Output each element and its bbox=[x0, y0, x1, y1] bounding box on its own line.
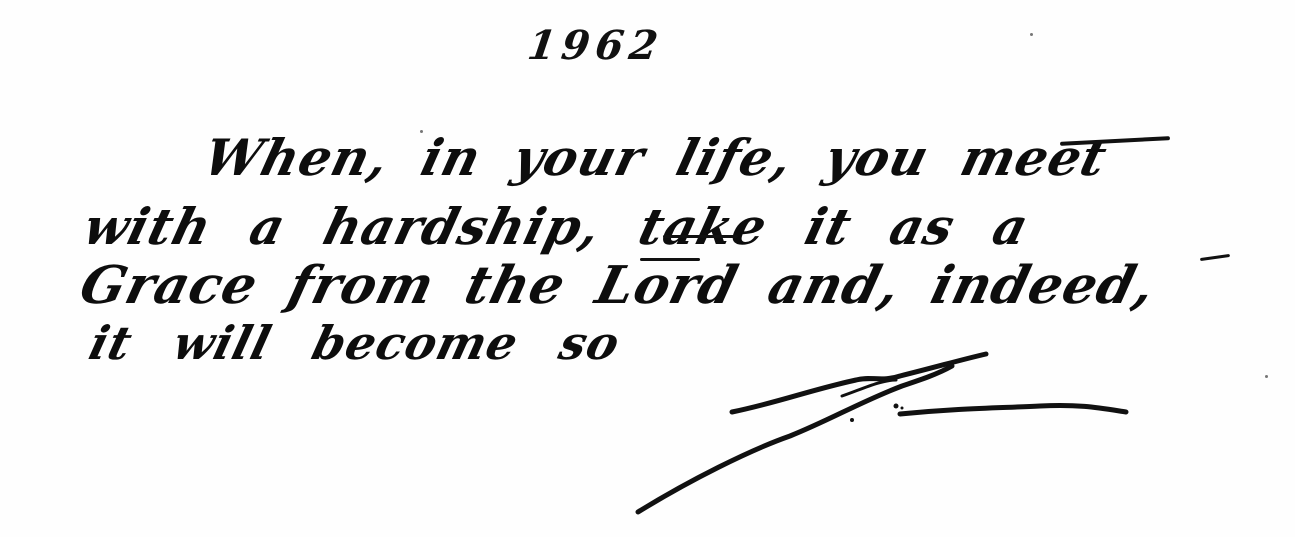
note-line-1: When, in your life, you meet bbox=[198, 128, 1113, 187]
paper-speck bbox=[420, 130, 423, 133]
note-line-3: Grace from the Lord and, indeed, bbox=[74, 255, 1162, 316]
note-line-2: with a hardship, take it as a bbox=[78, 197, 1035, 256]
note-line-4: it will become so bbox=[84, 316, 626, 370]
handwritten-note-page: 1962 When, in your life, you meet with a… bbox=[0, 0, 1295, 537]
take-underline-stroke bbox=[663, 235, 738, 238]
indeed-crossbar-stroke bbox=[1200, 254, 1230, 261]
paper-speck bbox=[1265, 375, 1268, 378]
lord-crossbar-stroke bbox=[640, 258, 700, 261]
signature-scrawl bbox=[620, 340, 1160, 520]
paper-speck bbox=[1030, 33, 1033, 36]
year-heading: 1962 bbox=[525, 22, 667, 69]
